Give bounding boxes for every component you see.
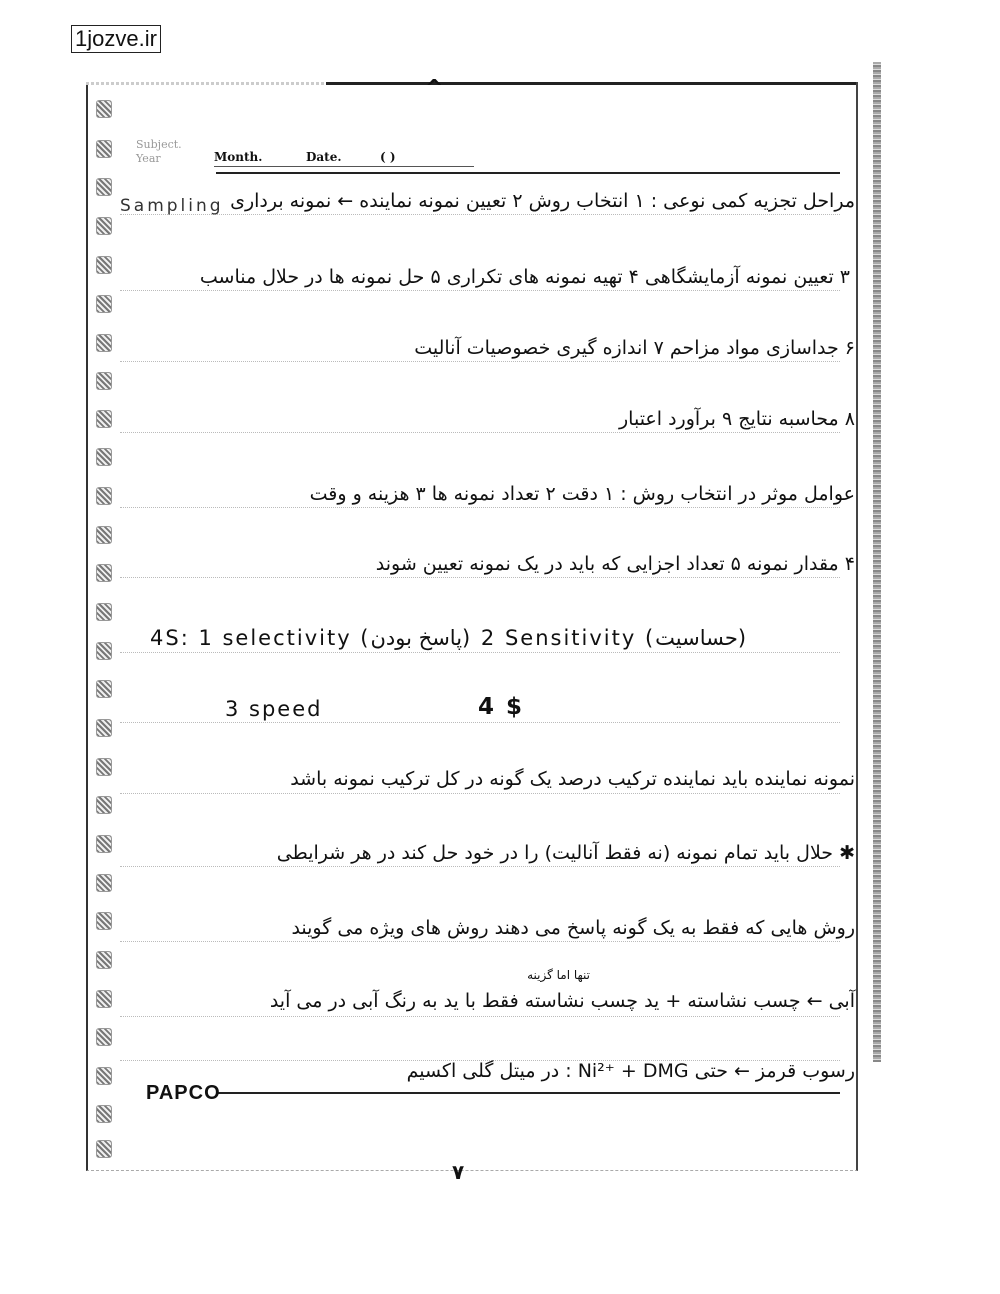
note-line-9: نمونه نماینده باید نماینده ترکیب درصد یک… — [290, 768, 855, 790]
note-line-12: آبی ← چسب نشاسته + ید چسب نشاسته فقط با … — [270, 990, 855, 1012]
binding-hole-icon — [96, 448, 112, 466]
site-watermark: 1jozve.ir — [71, 25, 161, 53]
year-label: Year — [136, 152, 161, 165]
ruled-line — [120, 941, 840, 942]
scan-edge-strip — [873, 62, 881, 1062]
header-rule — [216, 172, 840, 174]
binding-hole-icon — [96, 217, 112, 235]
binding-hole-icon — [96, 796, 112, 814]
ruled-line — [120, 432, 840, 433]
ruled-line — [120, 1016, 840, 1017]
binding-hole-icon — [96, 140, 112, 158]
note-line-2: ۳ تعیین نمونه آزمایشگاهی ۴ تهیه نمونه ها… — [200, 266, 850, 288]
weekday-paren: ( ) — [380, 150, 396, 164]
binding-hole-icon — [96, 874, 112, 892]
ruled-line — [120, 722, 840, 723]
page-top-border — [86, 82, 856, 85]
ruled-line — [120, 577, 840, 578]
binding-hole-icon — [96, 487, 112, 505]
binding-hole-icon — [96, 256, 112, 274]
binding-hole-icon — [96, 410, 112, 428]
note-line-12-annotation: تنها اما گزینه — [527, 968, 590, 982]
page-number: ۷ — [452, 1160, 464, 1184]
note-line-10: ✱ حلال باید تمام نمونه (نه فقط آنالیت) ر… — [277, 842, 855, 864]
binding-hole-icon — [96, 680, 112, 698]
note-line-13: رسوب قرمز ← حتی Ni²⁺ + DMG : در میتل گلی… — [407, 1060, 855, 1082]
ruled-line — [120, 290, 840, 291]
binding-hole-icon — [96, 719, 112, 737]
date-label: Date. — [306, 150, 342, 164]
ruled-line — [120, 507, 840, 508]
ruled-line — [120, 793, 840, 794]
binding-hole-icon — [96, 372, 112, 390]
ruled-line — [120, 652, 840, 653]
binding-hole-icon — [96, 526, 112, 544]
ruled-line — [120, 214, 840, 215]
binding-hole-icon — [96, 603, 112, 621]
note-line-8-speed: 3 speed — [225, 697, 322, 721]
note-line-8-cost: 4 $ — [478, 694, 524, 720]
binding-hole-icon — [96, 990, 112, 1008]
binding-hole-icon — [96, 100, 112, 118]
binding-hole-icon — [96, 295, 112, 313]
note-sampling-margin: Sampling — [120, 196, 224, 216]
binding-hole-icon — [96, 1105, 112, 1123]
note-line-7-4s: 4S: 1 selectivity (پاسخ بودن) 2 Sensitiv… — [150, 626, 748, 650]
note-line-5: عوامل موثر در انتخاب روش : ۱ دقت ۲ تعداد… — [310, 483, 855, 505]
note-line-11: روش هایی که فقط به یک گونه پاسخ می دهند … — [291, 917, 855, 939]
binding-hole-icon — [96, 951, 112, 969]
binding-hole-icon — [96, 912, 112, 930]
binding-hole-icon — [96, 642, 112, 660]
papco-brand-logo: PAPCO — [146, 1082, 221, 1105]
ruled-line — [120, 361, 840, 362]
binding-hole-icon — [96, 334, 112, 352]
subject-label: Subject. — [136, 138, 182, 151]
date-row: Month. Date. ( ) — [214, 150, 474, 167]
footer-rule — [216, 1092, 840, 1094]
binding-hole-icon — [96, 758, 112, 776]
note-line-6: ۴ مقدار نمونه ۵ تعداد اجزایی که باید در … — [376, 553, 855, 575]
binding-hole-icon — [96, 835, 112, 853]
binding-hole-icon — [96, 1067, 112, 1085]
ruled-line — [120, 866, 840, 867]
binding-hole-icon — [96, 178, 112, 196]
note-line-3: ۶ جداسازی مواد مزاحم ۷ اندازه گیری خصوصی… — [414, 337, 855, 359]
binding-hole-icon — [96, 1028, 112, 1046]
page-top-caret-mark: ^ — [425, 78, 443, 100]
note-line-1: مراحل تجزیه کمی نوعی : ۱ انتخاب روش ۲ تع… — [230, 190, 855, 212]
binding-hole-icon — [96, 564, 112, 582]
note-line-4: ۸ محاسبه نتایج ۹ برآورد اعتبار — [619, 408, 855, 430]
binding-hole-icon — [96, 1140, 112, 1158]
month-label: Month. — [214, 150, 262, 164]
